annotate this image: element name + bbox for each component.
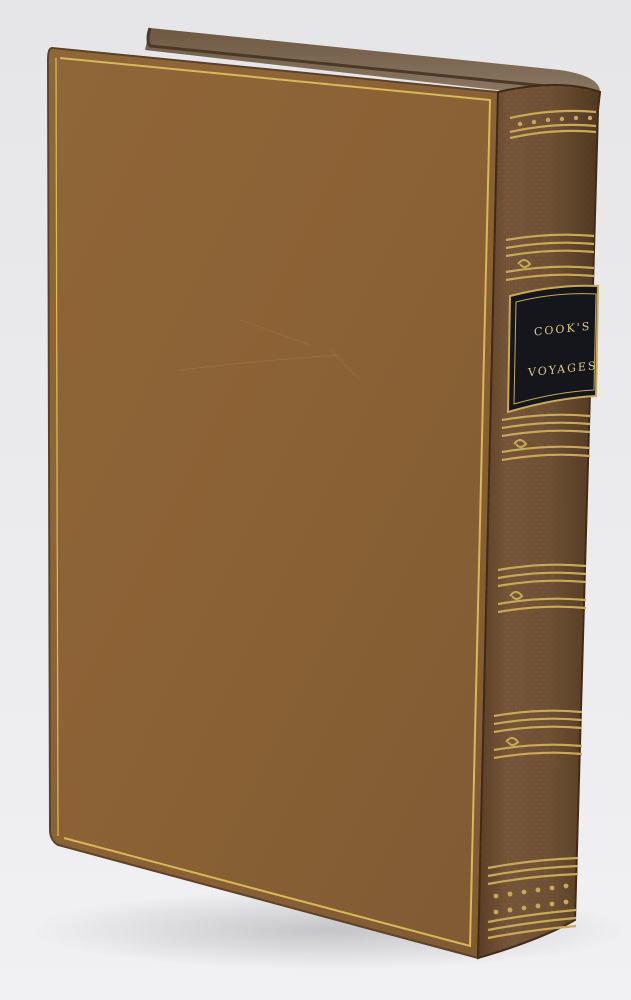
front-cover [48, 48, 498, 958]
book-illustration [0, 0, 631, 1000]
spine-label [508, 286, 598, 412]
photo-scene: COOK'S VOYAGES [0, 0, 631, 1000]
